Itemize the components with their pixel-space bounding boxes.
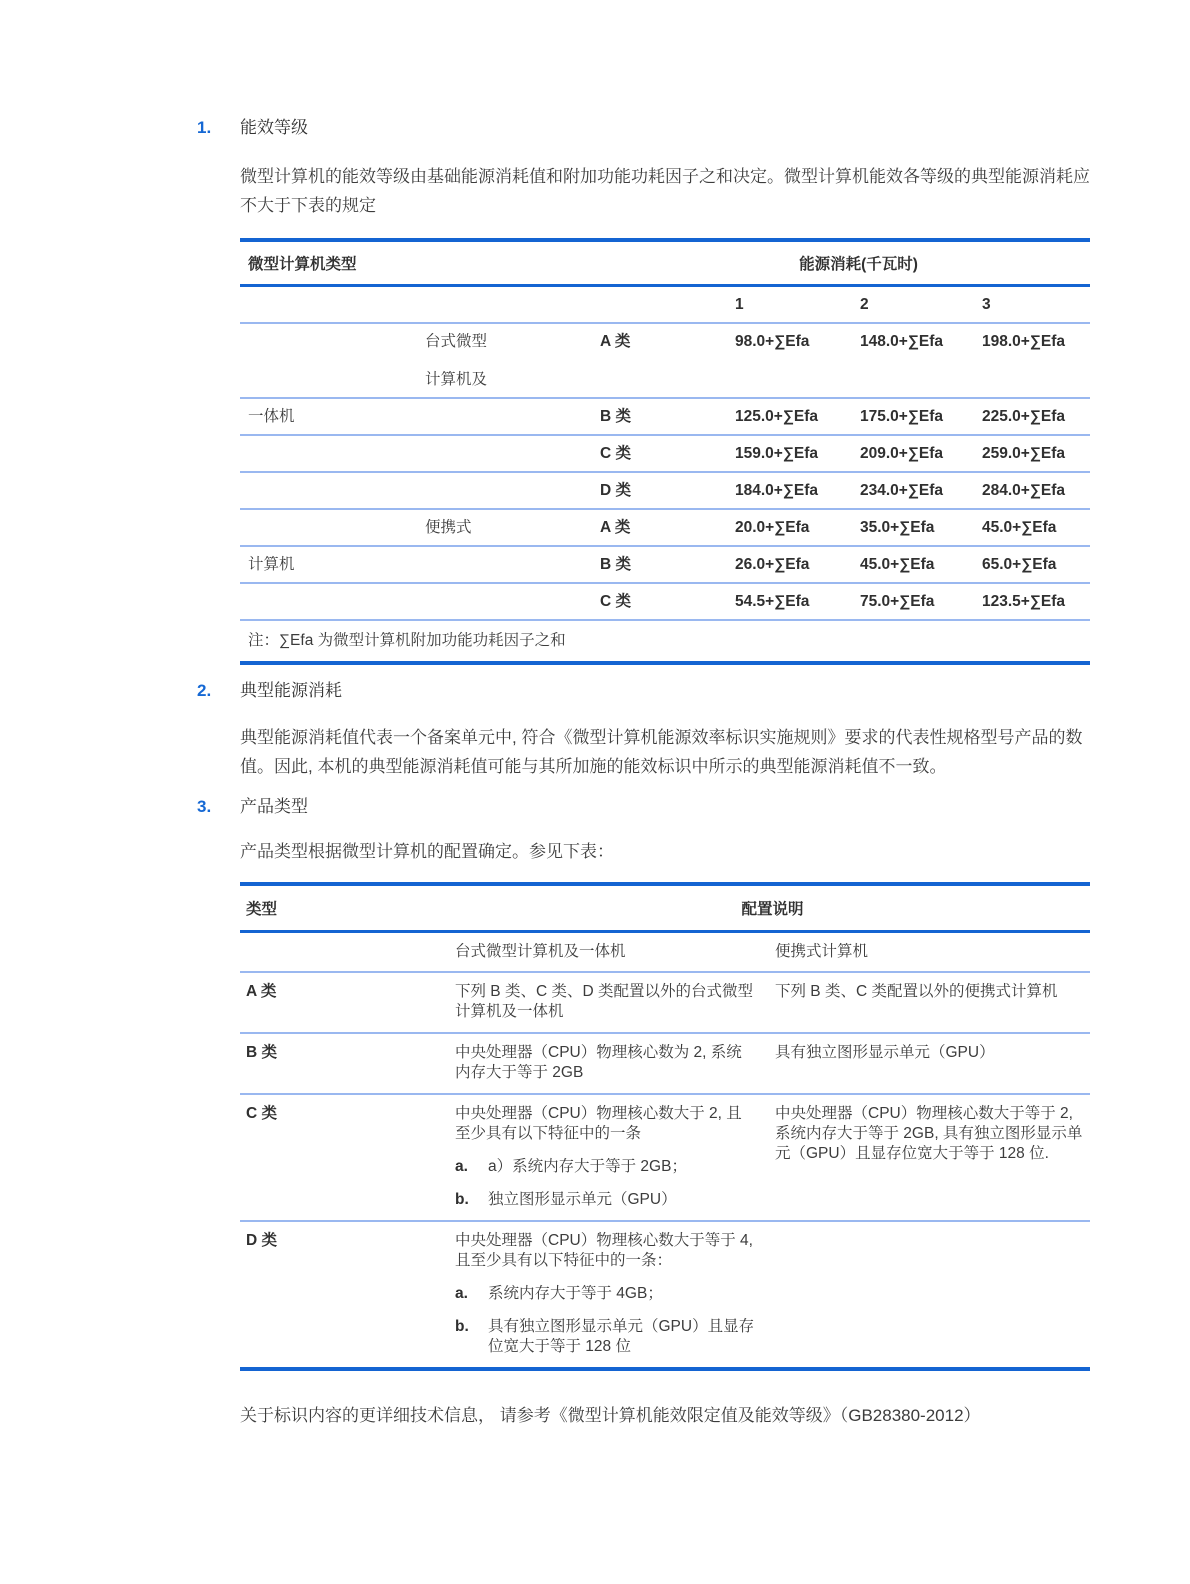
grade-2-value: 148.0+∑Efa (860, 331, 982, 352)
table-row: 一体机 B 类 125.0+∑Efa 175.0+∑Efa 225.0+∑Efa (240, 399, 1090, 436)
grade-1-value: 125.0+∑Efa (735, 406, 860, 427)
grade-2-value: 35.0+∑Efa (860, 517, 982, 538)
energy-table-header-row: 微型计算机类型 能源消耗(千瓦时) (240, 242, 1090, 287)
class-label: B 类 (600, 406, 735, 427)
section-1-title: 能效等级 (240, 118, 308, 138)
grade-2-value: 209.0+∑Efa (860, 443, 982, 464)
list-item-label: b. (455, 1190, 488, 1210)
grade-3-value: 198.0+∑Efa (982, 331, 1090, 352)
section-2-title: 典型能源消耗 (240, 681, 342, 701)
section-3-number: 3. (197, 797, 240, 817)
desktop-config: 下列 B 类、C 类、D 类配置以外的台式微型计算机及一体机 (455, 982, 775, 1022)
list-item-text: 独立图形显示单元（GPU） (488, 1190, 757, 1210)
energy-table-type-header: 微型计算机类型 (240, 252, 735, 274)
class-label: A 类 (600, 331, 735, 352)
grade-2-value: 175.0+∑Efa (860, 406, 982, 427)
section-3-body: 产品类型根据微型计算机的配置确定。参见下表： 类型 配置说明 台式微型计算机及一… (240, 837, 1092, 1371)
category-line: 一体机 (240, 406, 425, 427)
desktop-config: 中央处理器（CPU）物理核心数大于等于 4, 且至少具有以下特征中的一条： a.… (455, 1231, 775, 1357)
table-row: D 类 184.0+∑Efa 234.0+∑Efa 284.0+∑Efa (240, 473, 1090, 510)
grade-3-value: 123.5+∑Efa (982, 591, 1090, 612)
grade-2-value: 75.0+∑Efa (860, 591, 982, 612)
section-2-heading: 2. 典型能源消耗 (197, 681, 1092, 701)
grade-3-value: 284.0+∑Efa (982, 480, 1090, 501)
list-item-text: 具有独立图形显示单元（GPU）且显存位宽大于等于 128 位 (488, 1317, 757, 1357)
section-2-number: 2. (197, 681, 240, 701)
desktop-subheader: 台式微型计算机及一体机 (455, 942, 775, 962)
table-row: C 类 中央处理器（CPU）物理核心数大于 2, 且至少具有以下特征中的一条 a… (240, 1095, 1090, 1222)
grade-1-value: 20.0+∑Efa (735, 517, 860, 538)
grade-3-value: 65.0+∑Efa (982, 554, 1090, 575)
category-line: 计算机 (240, 554, 425, 575)
section-1-heading: 1. 能效等级 (197, 118, 1092, 138)
class-label: C 类 (600, 591, 735, 612)
config-column-header: 配置说明 (455, 897, 1090, 919)
table-row: C 类 159.0+∑Efa 209.0+∑Efa 259.0+∑Efa (240, 436, 1090, 473)
table-row: A 类 下列 B 类、C 类、D 类配置以外的台式微型计算机及一体机 下列 B … (240, 973, 1090, 1034)
footer-reference-paragraph: 关于标识内容的更详细技术信息， 请参考《微型计算机能效限定值及能效等级》（GB2… (240, 1401, 1094, 1430)
category-line: 便携式 (425, 517, 600, 538)
grade-2-header: 2 (860, 294, 982, 315)
type-table-subheader-row: 台式微型计算机及一体机 便携式计算机 (240, 933, 1090, 973)
portable-config: 下列 B 类、C 类配置以外的便携式计算机 (775, 982, 1090, 1002)
table-row: C 类 54.5+∑Efa 75.0+∑Efa 123.5+∑Efa (240, 584, 1090, 621)
grade-1-value: 184.0+∑Efa (735, 480, 860, 501)
class-label: B 类 (600, 554, 735, 575)
energy-table-grade-row: 1 2 3 (240, 287, 1090, 324)
grade-3-header: 3 (982, 294, 1090, 315)
grade-1-header: 1 (735, 294, 860, 315)
desktop-config-intro: 中央处理器（CPU）物理核心数大于等于 4, 且至少具有以下特征中的一条： (455, 1231, 757, 1271)
section-1-number: 1. (197, 118, 240, 138)
grade-3-value: 45.0+∑Efa (982, 517, 1090, 538)
section-2-paragraph: 典型能源消耗值代表一个备案单元中, 符合《微型计算机能源效率标识实施规则》要求的… (240, 723, 1094, 781)
section-1-paragraph: 微型计算机的能效等级由基础能源消耗值和附加功能功耗因子之和决定。微型计算机能效各… (240, 162, 1094, 220)
class-label: A 类 (240, 982, 455, 1002)
table-row: D 类 中央处理器（CPU）物理核心数大于等于 4, 且至少具有以下特征中的一条… (240, 1222, 1090, 1367)
table-row: B 类 中央处理器（CPU）物理核心数为 2, 系统内存大于等于 2GB 具有独… (240, 1034, 1090, 1095)
list-item-label: b. (455, 1317, 488, 1357)
class-label: A 类 (600, 517, 735, 538)
grade-2-value: 45.0+∑Efa (860, 554, 982, 575)
list-item-label: a. (455, 1284, 488, 1304)
section-1-body: 微型计算机的能效等级由基础能源消耗值和附加功能功耗因子之和决定。微型计算机能效各… (240, 162, 1092, 665)
table-row: 台式微型 计算机及 A 类 98.0+∑Efa 148.0+∑Efa 198.0… (240, 324, 1090, 399)
list-item: b. 独立图形显示单元（GPU） (455, 1190, 757, 1210)
grade-3-value: 259.0+∑Efa (982, 443, 1090, 464)
energy-consumption-table: 微型计算机类型 能源消耗(千瓦时) 1 2 3 台式微型 计算机及 (240, 238, 1090, 665)
class-label: D 类 (600, 480, 735, 501)
portable-config: 中央处理器（CPU）物理核心数大于等于 2, 系统内存大于等于 2GB, 具有独… (775, 1104, 1090, 1164)
energy-table-energy-header: 能源消耗(千瓦时) (735, 252, 982, 274)
class-label: C 类 (600, 443, 735, 464)
grade-1-value: 54.5+∑Efa (735, 591, 860, 612)
class-label: D 类 (240, 1231, 455, 1251)
energy-table-note: 注：∑Efa 为微型计算机附加功能功耗因子之和 (240, 621, 1090, 661)
list-item-text: a）系统内存大于等于 2GB； (488, 1157, 757, 1177)
grade-1-value: 98.0+∑Efa (735, 331, 860, 352)
section-3-heading: 3. 产品类型 (197, 797, 1092, 817)
class-label: C 类 (240, 1104, 455, 1124)
document-content: 1. 能效等级 微型计算机的能效等级由基础能源消耗值和附加功能功耗因子之和决定。… (0, 0, 1190, 1430)
list-item-label: a. (455, 1157, 488, 1177)
category-line-2: 计算机及 (425, 369, 600, 390)
grade-2-value: 234.0+∑Efa (860, 480, 982, 501)
portable-config: 具有独立图形显示单元（GPU） (775, 1043, 1090, 1063)
type-column-header: 类型 (240, 897, 455, 919)
section-3-title: 产品类型 (240, 797, 308, 817)
table-row: 便携式 A 类 20.0+∑Efa 35.0+∑Efa 45.0+∑Efa (240, 510, 1090, 547)
category-line-1: 台式微型 (425, 333, 487, 350)
section-2-body: 典型能源消耗值代表一个备案单元中, 符合《微型计算机能源效率标识实施规则》要求的… (240, 723, 1092, 781)
product-type-table: 类型 配置说明 台式微型计算机及一体机 便携式计算机 A 类 下列 B 类、C … (240, 882, 1090, 1371)
list-item: a. a）系统内存大于等于 2GB； (455, 1157, 757, 1177)
list-item: a. 系统内存大于等于 4GB； (455, 1284, 757, 1304)
portable-subheader: 便携式计算机 (775, 942, 1090, 962)
grade-1-value: 26.0+∑Efa (735, 554, 860, 575)
grade-1-value: 159.0+∑Efa (735, 443, 860, 464)
type-table-header-row: 类型 配置说明 (240, 886, 1090, 933)
list-item: b. 具有独立图形显示单元（GPU）且显存位宽大于等于 128 位 (455, 1317, 757, 1357)
list-item-text: 系统内存大于等于 4GB； (488, 1284, 757, 1304)
table-row: 计算机 B 类 26.0+∑Efa 45.0+∑Efa 65.0+∑Efa (240, 547, 1090, 584)
class-label: B 类 (240, 1043, 455, 1063)
desktop-config: 中央处理器（CPU）物理核心数为 2, 系统内存大于等于 2GB (455, 1043, 775, 1083)
section-3-paragraph: 产品类型根据微型计算机的配置确定。参见下表： (240, 837, 1094, 866)
document-page: 1. 能效等级 微型计算机的能效等级由基础能源消耗值和附加功能功耗因子之和决定。… (0, 0, 1190, 1584)
desktop-config: 中央处理器（CPU）物理核心数大于 2, 且至少具有以下特征中的一条 a. a）… (455, 1104, 775, 1210)
grade-3-value: 225.0+∑Efa (982, 406, 1090, 427)
desktop-config-intro: 中央处理器（CPU）物理核心数大于 2, 且至少具有以下特征中的一条 (455, 1104, 757, 1144)
